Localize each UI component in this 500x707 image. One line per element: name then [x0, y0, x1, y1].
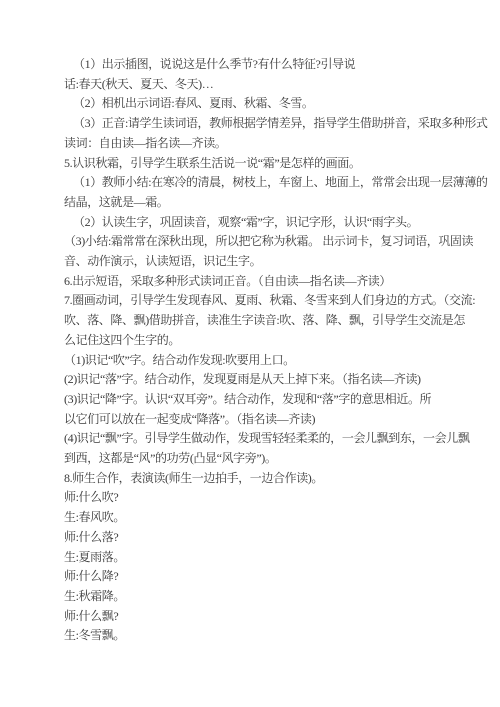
text-line: 到西，这都是“风”的功劳(凸显“风字旁”)。 [64, 449, 470, 469]
text-line: （3)小结:霜常常在深秋出现，所以把它称为秋霜。 出示词卡，复习词语，巩固读 [64, 232, 470, 252]
text-line: 么记住这四个生字的。 [64, 331, 470, 351]
text-line: 生:春风吹。 [64, 508, 470, 528]
document-body: （1）出示插图，说说这是什么季节?有什么特征?引导说话:春天(秋天、夏天、冬天)… [0, 0, 500, 646]
text-line: 8.师生合作，表演读(师生一边拍手，一边合作读)。 [64, 469, 470, 489]
text-line: (4)识记“飘”字。引导学生做动作，发现雪轻轻柔柔的，一会儿飘到东，一会儿飘 [64, 429, 470, 449]
text-line: 师:什么落? [64, 528, 470, 548]
text-line: 结晶，这就是—霜。 [64, 193, 470, 213]
text-line: 话:春天(秋天、夏天、冬天)… [64, 75, 470, 95]
text-line: 5.认识秋霜，引导学生联系生活说一说“霜”是怎样的画面。 [64, 154, 470, 174]
text-line: 7.圈画动词，引导学生发现春风、夏雨、秋霜、冬雪来到人们身边的方式。（交流: [64, 291, 470, 311]
text-line: 生:夏雨落。 [64, 548, 470, 568]
text-line: 生:秋霜降。 [64, 587, 470, 607]
text-line: 以它们可以放在一起变成“降落”。（指名读—齐读) [64, 410, 470, 430]
text-line: (3)识记“降”字。认识“双耳旁”。结合动作，发现和“落”字的意思相近。所 [64, 390, 470, 410]
text-line: （3）正音:请学生读词语，教师根据学情差异，指导学生借助拼音，采取多种形式 [64, 114, 470, 134]
text-line: 6.出示短语，采取多种形式读词正音。（自由读—指名读—齐读） [64, 272, 470, 292]
text-line: (2)识记“落”字。结合动作，发现夏雨是从天上掉下来。（指名读—齐读) [64, 370, 470, 390]
text-line: （2）相机出示词语:春风、夏雨、秋霜、冬雪。 [64, 94, 470, 114]
text-line: 读词：自由读—指名读—齐读。 [64, 134, 470, 154]
text-line: 生:冬雪飘。 [64, 626, 470, 646]
text-line: （1)识记“吹”字。结合动作发现:吹要用上口。 [64, 351, 470, 371]
text-line: 师:什么飘? [64, 607, 470, 627]
text-line: 师:什么吹? [64, 488, 470, 508]
text-line: （1）出示插图，说说这是什么季节?有什么特征?引导说 [64, 55, 470, 75]
text-line: （1）教师小结:在寒冷的清晨，树枝上，车窗上、地面上，常常会出现一层薄薄的 [64, 173, 470, 193]
document-page: （1）出示插图，说说这是什么季节?有什么特征?引导说话:春天(秋天、夏天、冬天)… [0, 0, 500, 707]
text-line: 音、动作演示，认读短语，识记生字。 [64, 252, 470, 272]
text-line: 吹、落、降、飘)借助拼音，读准生字读音:吹、落、降、飘，引导学生交流是怎 [64, 311, 470, 331]
text-line: （2）认读生字，巩固读音，观察“霜”字，识记字形，认识“雨字头。 [64, 213, 470, 233]
text-line: 师:什么降? [64, 567, 470, 587]
